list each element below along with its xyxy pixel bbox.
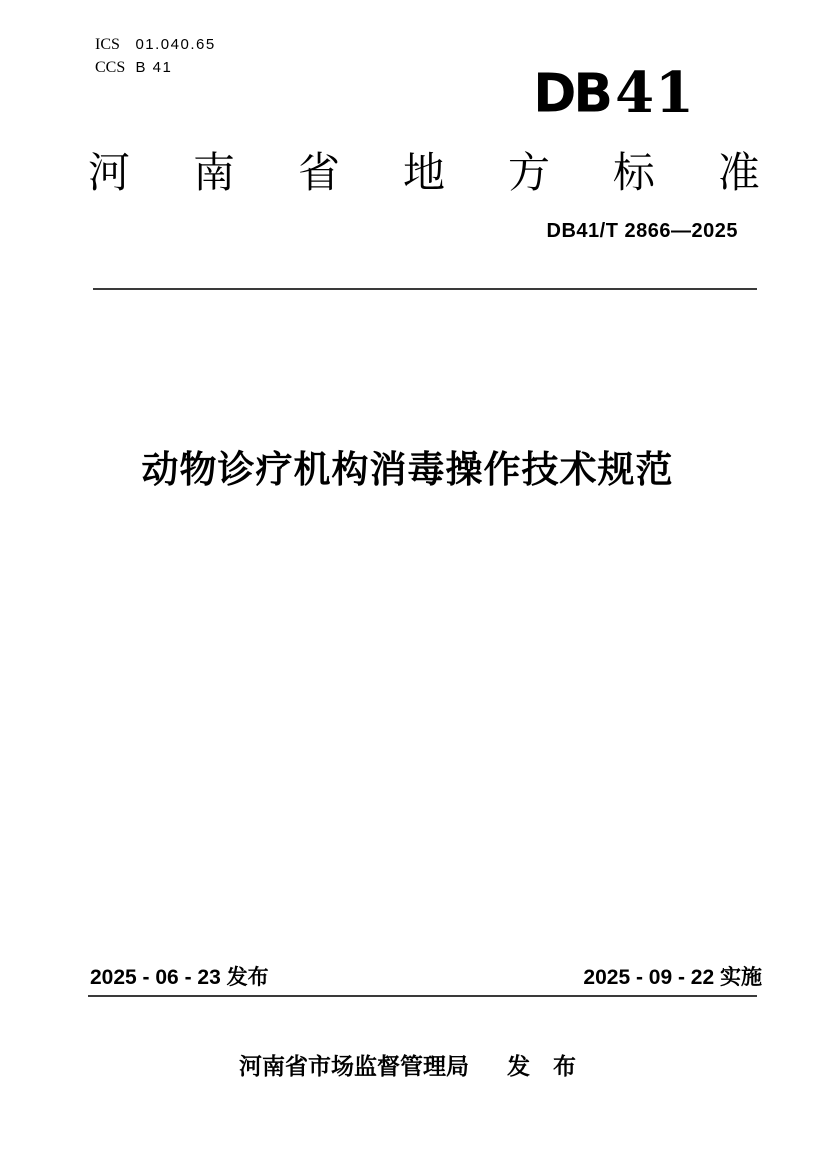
ics-value: 01.040.65 xyxy=(135,36,215,53)
date-row: 2025 - 06 - 23 发布 2025 - 09 - 22 实施 xyxy=(90,961,762,991)
ccs-row: CCS B 41 xyxy=(95,56,216,79)
standard-type-heading: 河 南 省 地 方 标 准 xyxy=(88,152,760,194)
document-title: 动物诊疗机构消毒操作技术规范 xyxy=(0,439,815,493)
publisher-name: 河南省市场监督管理局 xyxy=(239,1048,469,1081)
standard-type-char: 南 xyxy=(193,152,235,194)
publish-action: 发 布 xyxy=(507,1048,576,1081)
db41-logo-db-glyphs: DB xyxy=(533,67,610,120)
standard-type-char: 地 xyxy=(403,152,445,194)
publisher-line: 河南省市场监督管理局 发 布 xyxy=(0,1048,815,1081)
ccs-label: CCS xyxy=(95,56,131,79)
standard-type-char: 方 xyxy=(508,152,550,194)
ics-row: ICS 01.040.65 xyxy=(95,33,216,56)
issue-date: 2025 - 06 - 23 发布 xyxy=(90,961,269,991)
standard-type-char: 省 xyxy=(298,152,340,194)
standard-type-char: 标 xyxy=(613,152,655,194)
implementation-date: 2025 - 09 - 22 实施 xyxy=(583,961,762,991)
classification-codes: ICS 01.040.65 CCS B 41 xyxy=(95,33,216,79)
standard-cover-page: ICS 01.040.65 CCS B 41 DB 41 河 南 省 地 方 标… xyxy=(0,0,815,1151)
ccs-value: B 41 xyxy=(135,59,172,76)
db41-logo: DB 41 xyxy=(533,68,695,120)
standard-number: DB41/T 2866—2025 xyxy=(547,220,738,243)
standard-type-char: 准 xyxy=(718,152,760,194)
db41-logo-region-number: 41 xyxy=(615,68,695,120)
header-rule xyxy=(93,288,757,290)
footer-rule xyxy=(88,995,757,997)
ics-label: ICS xyxy=(95,33,131,56)
standard-type-char: 河 xyxy=(88,152,130,194)
